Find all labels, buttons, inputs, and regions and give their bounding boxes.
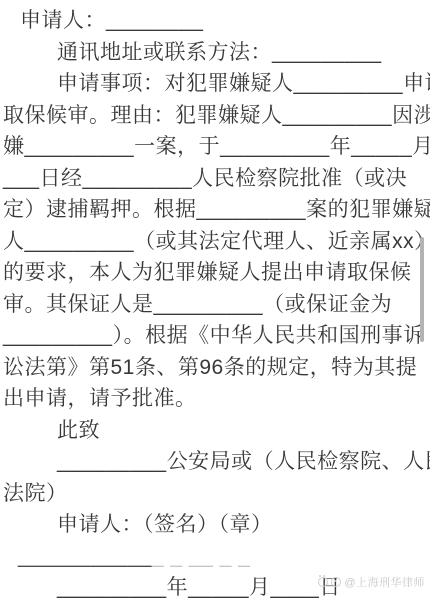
document-line: 申请人：________ bbox=[0, 5, 430, 37]
separator-line: ____________ _ __ _ _ bbox=[0, 541, 430, 573]
document-line: 审。其保证人是_________（或保证金为 bbox=[0, 289, 430, 321]
separator-solid-segment: ___________ bbox=[18, 545, 152, 568]
document-line: 的要求，本人为犯罪嫌疑人提出申请取保候 bbox=[0, 257, 430, 289]
document-body: 申请人：________ 通讯地址或联系方法：_________ 申请事项：对犯… bbox=[0, 0, 430, 600]
document-line: 申请事项：对犯罪嫌疑人_________申请 bbox=[0, 68, 430, 100]
circle-logo-icon bbox=[331, 577, 341, 587]
watermark-text: @上海刑华律师 bbox=[344, 574, 425, 590]
document-line: 讼法第》第51条、第96条的规定，特为其提 bbox=[0, 352, 430, 384]
document-line: 法院） bbox=[0, 478, 430, 510]
document-line: 嫌_________一案，于_________年_____月 bbox=[0, 131, 430, 163]
watermark: @上海刑华律师 bbox=[318, 574, 425, 590]
document-line-salutation: 此致 bbox=[0, 415, 430, 447]
document-line: _________公安局或（人民检察院、人民 bbox=[0, 446, 430, 478]
document-line: 人_________（或其法定代理人、近亲属xx） bbox=[0, 226, 430, 258]
document-line: 通讯地址或联系方法：_________ bbox=[0, 37, 430, 69]
separator-faint-segment: _ _ __ _ _ bbox=[152, 545, 250, 568]
paw-logo-icon bbox=[318, 577, 328, 587]
document-line: ___日经_________人民检察院批准（或决 bbox=[0, 163, 430, 195]
document-line: 出申请，请予批准。 bbox=[0, 383, 430, 415]
document-line: _________）。根据《中华人民共和国刑事诉 bbox=[0, 320, 430, 352]
bail-application-document: 申请人：________ 通讯地址或联系方法：_________ 申请事项：对犯… bbox=[0, 0, 430, 600]
document-line-signature: 申请人：（签名）（章） bbox=[0, 509, 430, 541]
document-line: 取保候审。理由：犯罪嫌疑人_________因涉 bbox=[0, 100, 430, 132]
scrollbar-thumb[interactable] bbox=[420, 237, 424, 342]
document-line: 定）逮捕羁押。根据_________案的犯罪嫌疑 bbox=[0, 194, 430, 226]
